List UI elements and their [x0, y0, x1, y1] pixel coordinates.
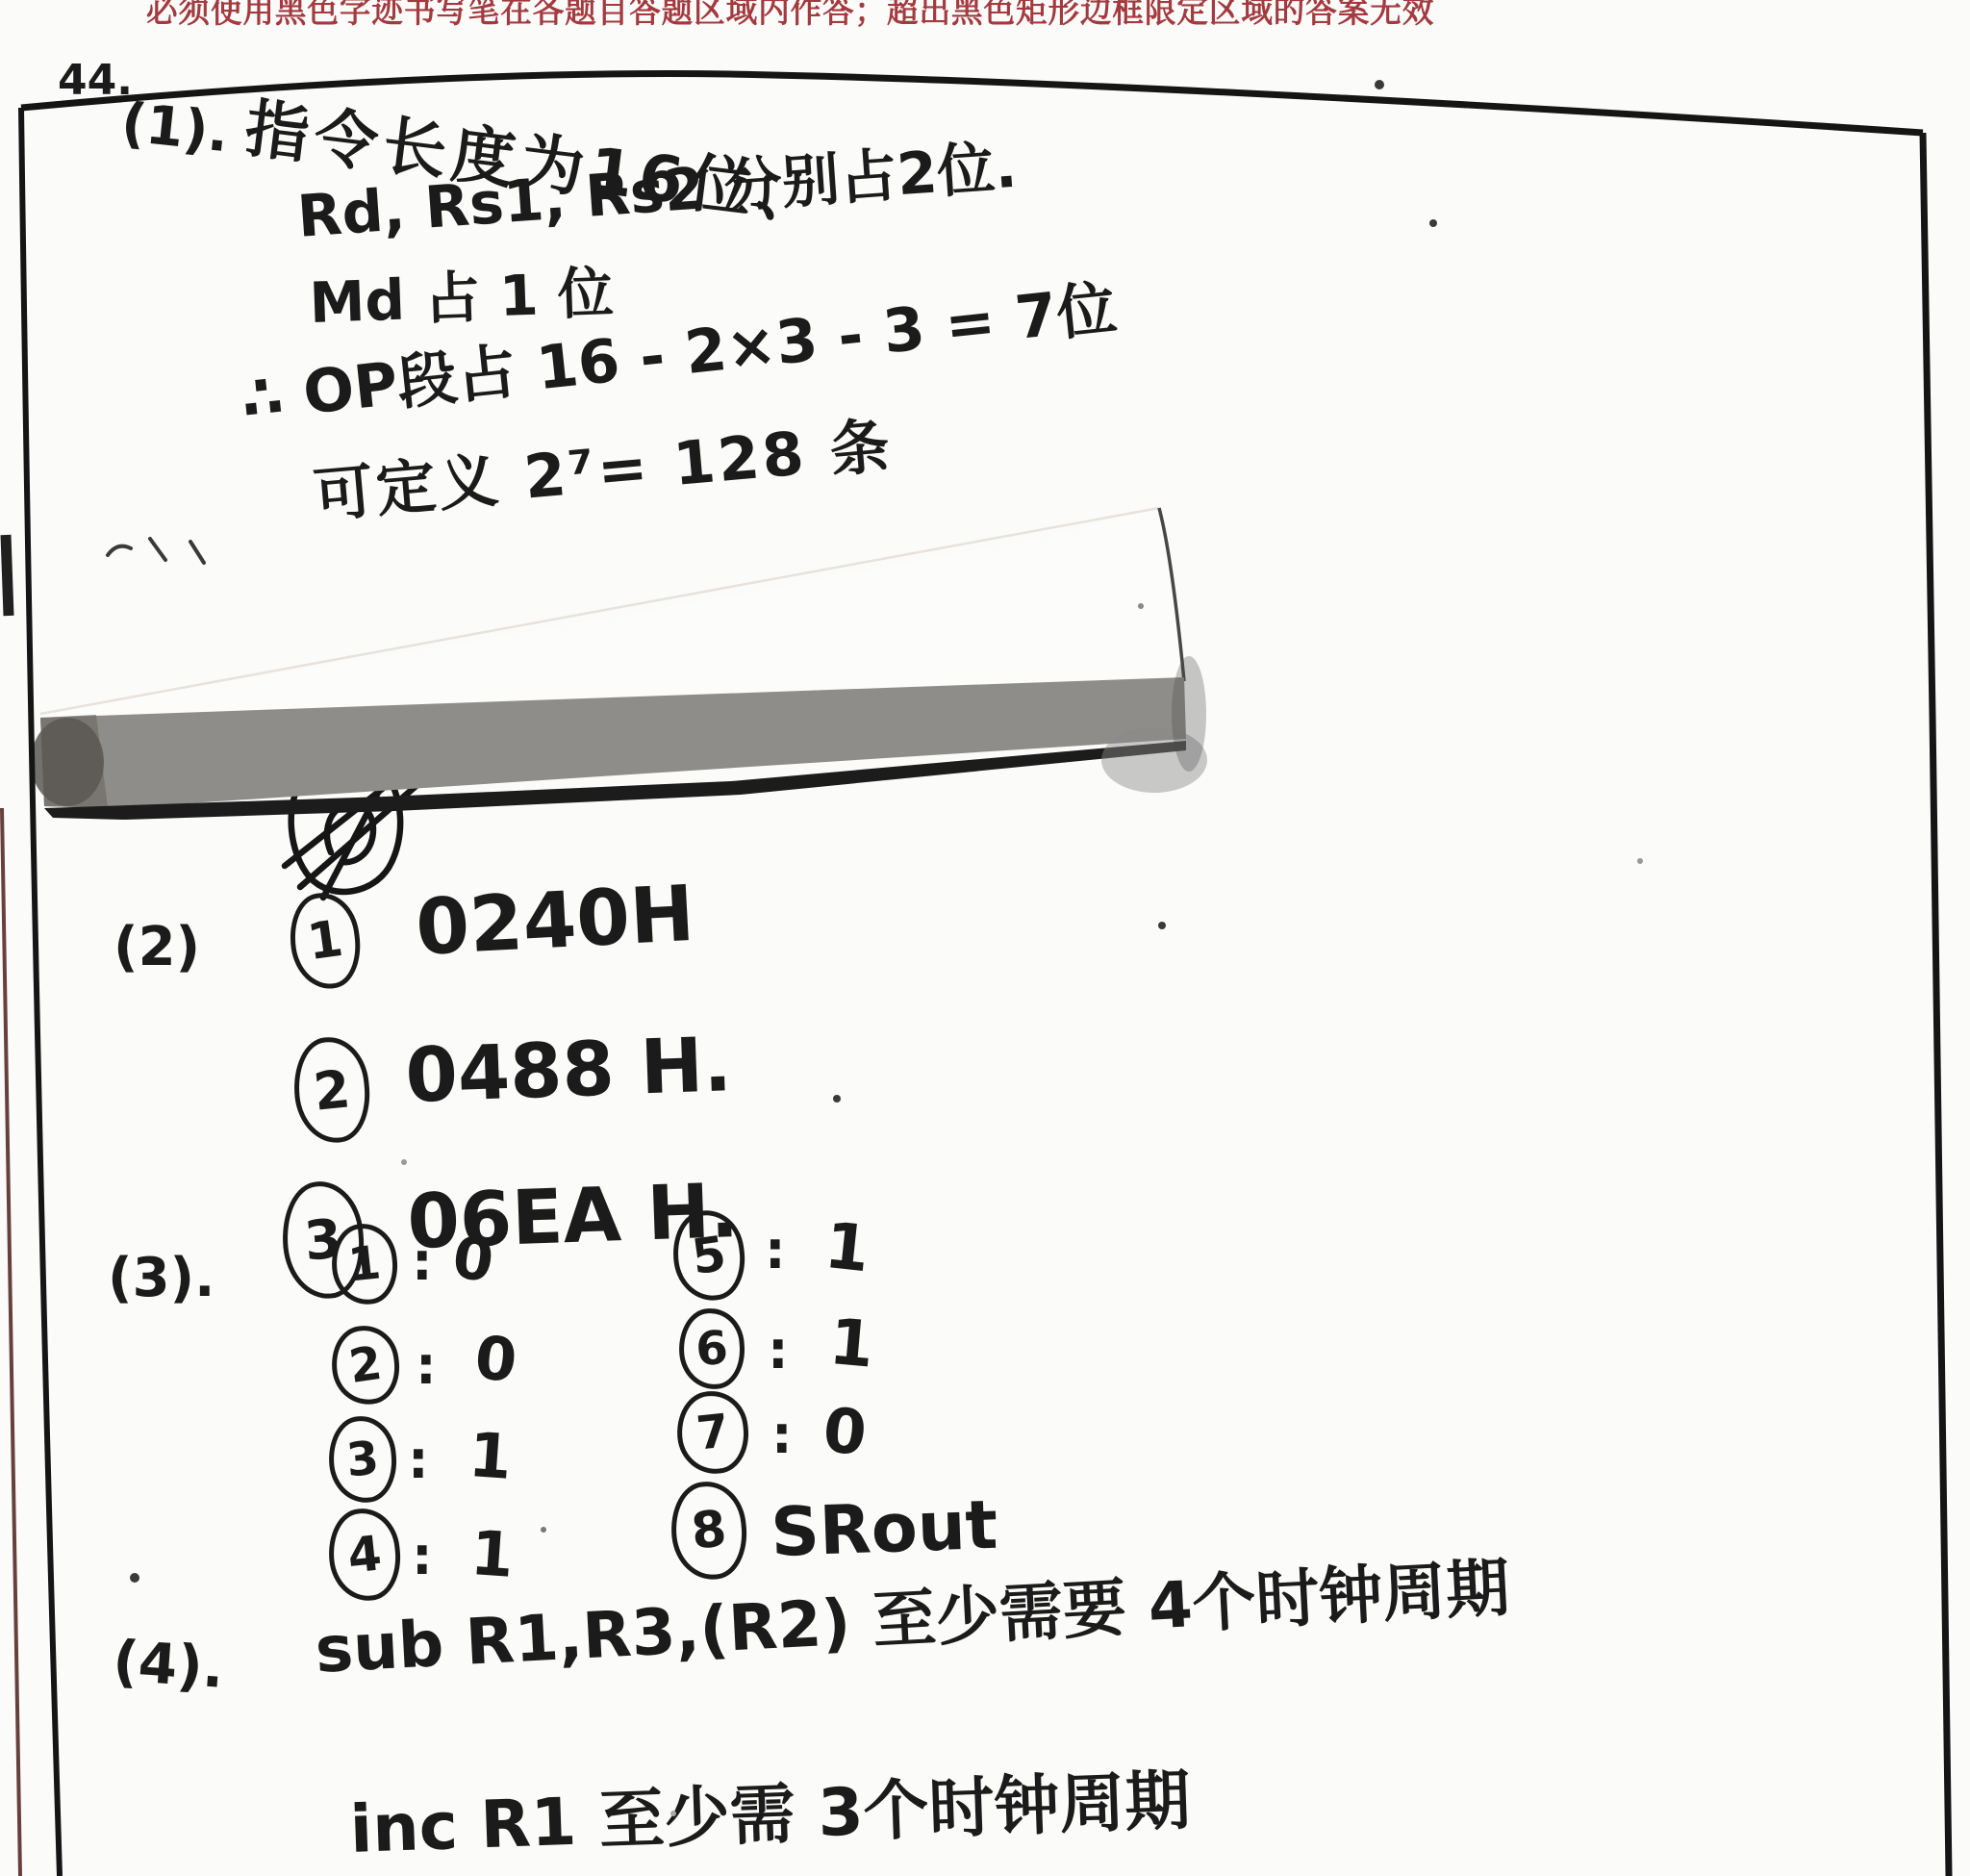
answer-frame	[0, 0, 1970, 1876]
frame-top-border	[21, 74, 1923, 133]
frame-left-border	[21, 108, 60, 1876]
page-edge-line	[2, 808, 20, 1876]
scanned-answer-sheet: 必须使用黑色字迹书写笔在各题目答题区域内作答；超出黑色矩形边框限定区域的答案无效…	[0, 0, 1970, 1876]
scan-edge-mark	[6, 535, 9, 616]
notice-banner: 必须使用黑色字迹书写笔在各题目答题区域内作答；超出黑色矩形边框限定区域的答案无效	[146, 0, 1434, 33]
scan-specks	[130, 80, 1643, 1816]
frame-right-border	[1923, 133, 1949, 1876]
